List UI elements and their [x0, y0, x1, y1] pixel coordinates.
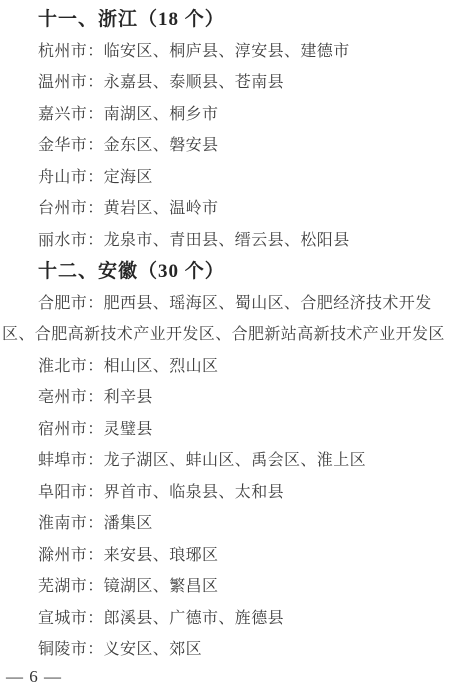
region-entry: 合肥市：肥西县、瑶海区、蜀山区、合肥经济技术开发区、合肥高新技术产业开发区、合肥…	[2, 288, 462, 351]
document-content: 十一、浙江（18 个）杭州市：临安区、桐庐县、淳安县、建德市温州市：永嘉县、泰顺…	[0, 0, 475, 666]
section-heading: 十一、浙江（18 个）	[2, 4, 462, 36]
region-entry: 嘉兴市：南湖区、桐乡市	[2, 99, 462, 131]
document-page: 十一、浙江（18 个）杭州市：临安区、桐庐县、淳安县、建德市温州市：永嘉县、泰顺…	[0, 0, 475, 693]
region-entry: 亳州市：利辛县	[2, 382, 462, 414]
region-entry: 杭州市：临安区、桐庐县、淳安县、建德市	[2, 36, 462, 68]
section-heading: 十二、安徽（30 个）	[2, 256, 462, 288]
region-entry: 阜阳市：界首市、临泉县、太和县	[2, 477, 462, 509]
region-entry: 宣城市：郎溪县、广德市、旌德县	[2, 603, 462, 635]
region-entry: 蚌埠市：龙子湖区、蚌山区、禹会区、淮上区	[2, 445, 462, 477]
region-entry: 台州市：黄岩区、温岭市	[2, 193, 462, 225]
region-entry: 舟山市：定海区	[2, 162, 462, 194]
region-entry: 淮北市：相山区、烈山区	[2, 351, 462, 383]
region-entry: 芜湖市：镜湖区、繁昌区	[2, 571, 462, 603]
region-entry: 金华市：金东区、磐安县	[2, 130, 462, 162]
region-entry: 丽水市：龙泉市、青田县、缙云县、松阳县	[2, 225, 462, 257]
region-entry: 铜陵市：义安区、郊区	[2, 634, 462, 666]
region-entry: 宿州市：灵璧县	[2, 414, 462, 446]
region-entry: 滁州市：来安县、琅琊区	[2, 540, 462, 572]
region-entry: 淮南市：潘集区	[2, 508, 462, 540]
page-number: — 6 —	[6, 666, 62, 688]
region-entry: 温州市：永嘉县、泰顺县、苍南县	[2, 67, 462, 99]
